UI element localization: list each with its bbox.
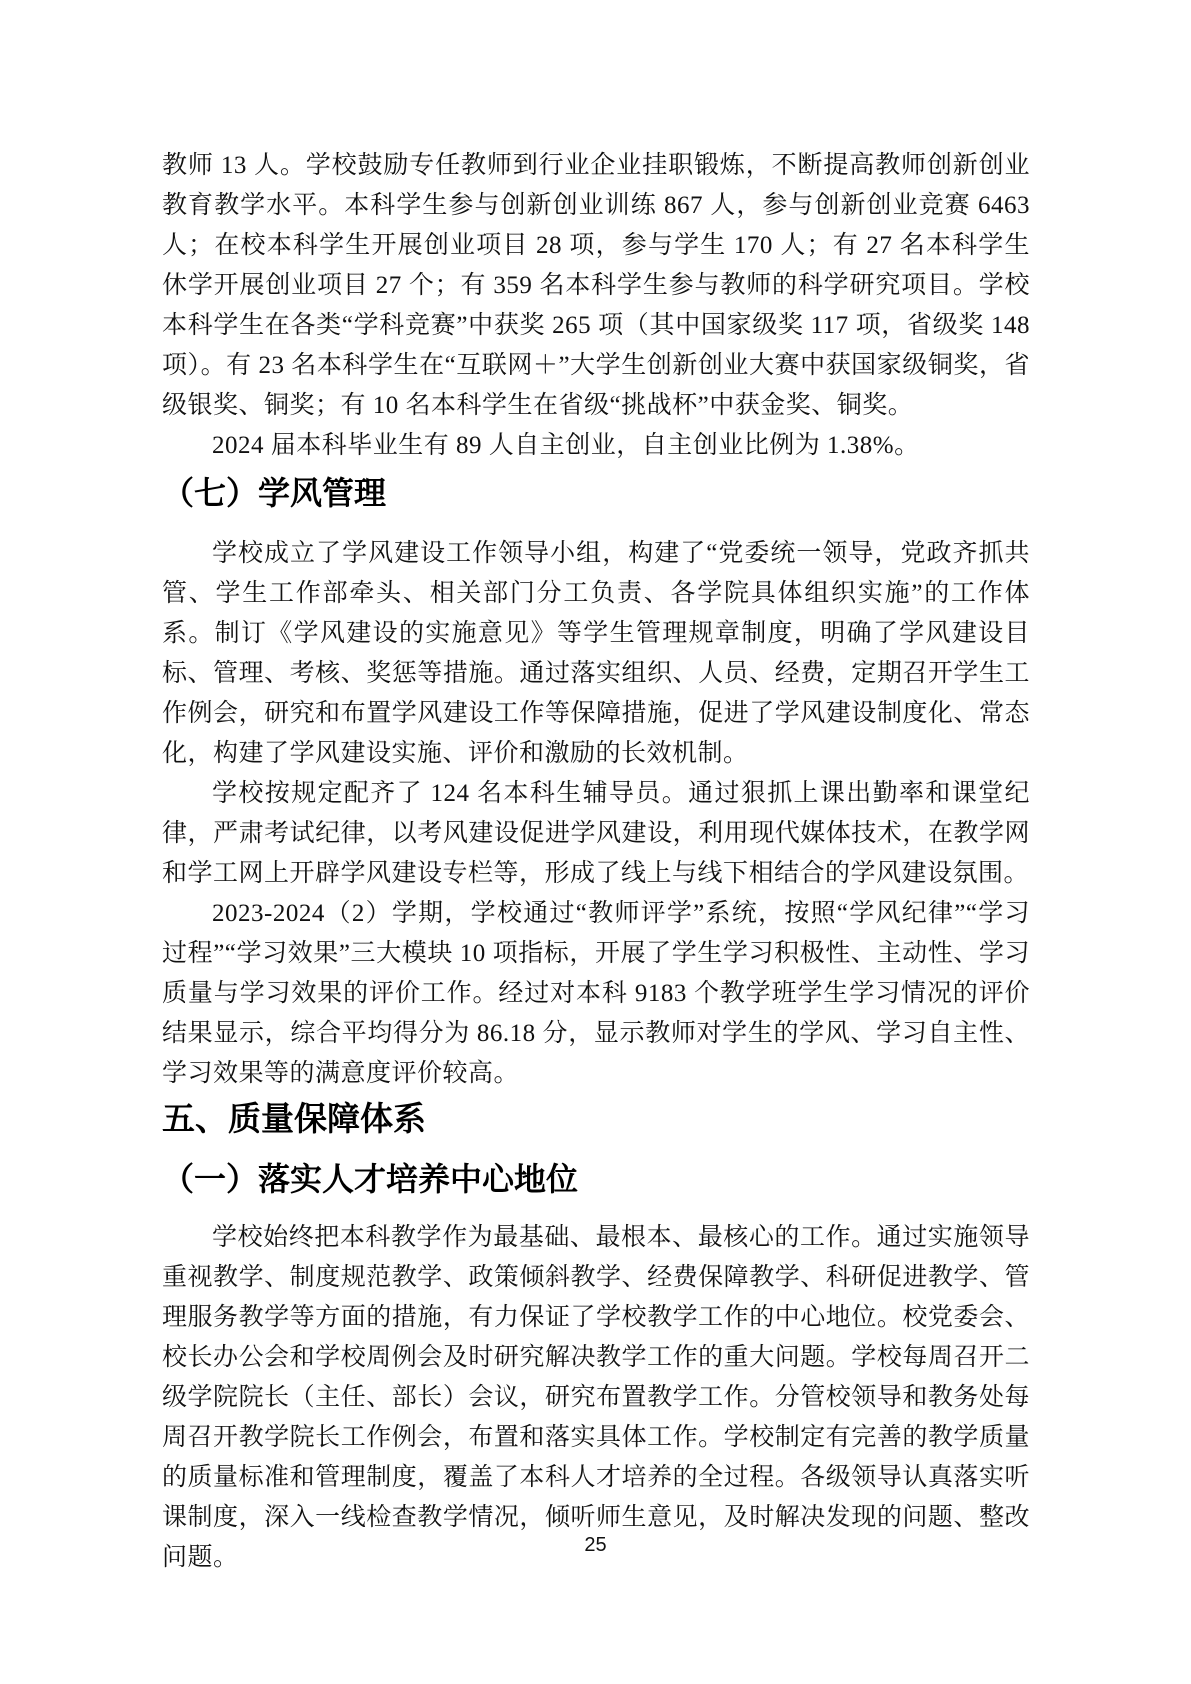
document-page: 教师 13 人。学校鼓励专任教师到行业企业挂职锻炼，不断提高教师创新创业教育教学…	[0, 0, 1191, 1684]
paragraph-style-construction-system: 学校成立了学风建设工作领导小组，构建了“党委统一领导，党政齐抓共管、学生工作部牵…	[162, 534, 1030, 774]
paragraph-teaching-central-position: 学校始终把本科教学作为最基础、最根本、最核心的工作。通过实施领导重视教学、制度规…	[162, 1218, 1030, 1578]
heading-section-1-talent-cultivation-central-position: （一）落实人才培养中心地位	[162, 1157, 1030, 1201]
paragraph-teacher-evaluation-results: 2023-2024（2）学期，学校通过“教师评学”系统，按照“学风纪律”“学习过…	[162, 894, 1030, 1094]
page-number: 25	[0, 1532, 1191, 1558]
heading-section-7-study-style-management: （七）学风管理	[162, 471, 1030, 515]
paragraph-counselors-discipline: 学校按规定配齐了 124 名本科生辅导员。通过狠抓上课出勤率和课堂纪律，严肃考试…	[162, 774, 1030, 894]
page-content: 教师 13 人。学校鼓励专任教师到行业企业挂职锻炼，不断提高教师创新创业教育教学…	[162, 146, 1030, 1578]
paragraph-self-employment-rate: 2024 届本科毕业生有 89 人自主创业，自主创业比例为 1.38%。	[162, 426, 1030, 466]
heading-chapter-5-quality-assurance-system: 五、质量保障体系	[162, 1096, 1030, 1142]
paragraph-innovation-entrepreneurship-stats: 教师 13 人。学校鼓励专任教师到行业企业挂职锻炼，不断提高教师创新创业教育教学…	[162, 146, 1030, 426]
